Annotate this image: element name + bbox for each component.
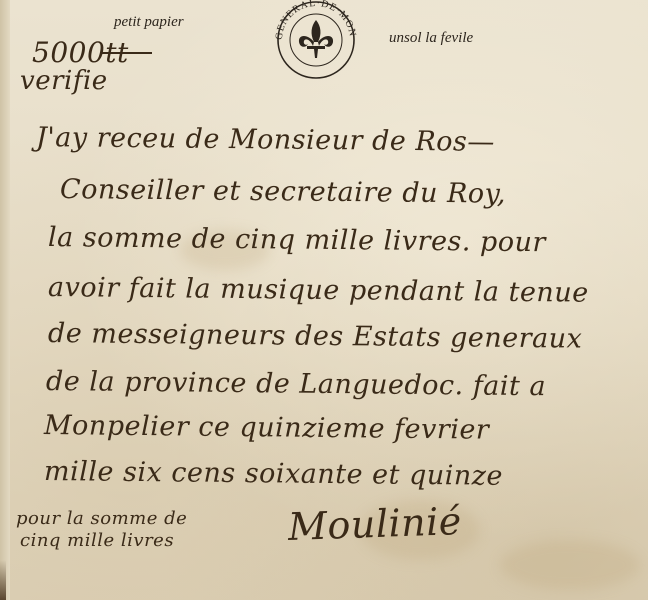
amount-underline (100, 52, 152, 54)
printed-label-left: petit papier (114, 14, 184, 31)
verification-note: verifie (20, 66, 108, 96)
page-edge-shadow (0, 560, 6, 600)
body-line: avoir fait la musique pendant la tenue (48, 272, 589, 309)
body-line: de la province de Languedoc. fait a (46, 366, 546, 402)
signature: Moulinié (287, 499, 462, 549)
margin-note-line: cinq mille livres (20, 530, 174, 551)
parchment-page: petit papier unsol la fevile GENERAL·DE·… (0, 0, 648, 600)
page-edge (0, 0, 10, 600)
body-line: de messeigneurs des Estats generaux (48, 318, 583, 355)
margin-note-line: pour la somme de (16, 508, 187, 529)
body-line: la somme de cinq mille livres. pour (48, 222, 546, 258)
body-line: Monpelier ce quinzieme fevrier (44, 410, 490, 446)
body-line: Conseiller et secretaire du Roy, (60, 174, 506, 210)
body-line: J'ay receu de Monsieur de Ros— (36, 122, 495, 158)
printed-label-right: unsol la fevile (389, 30, 473, 47)
paper-stain (500, 540, 640, 590)
fleur-de-lis-icon: GENERAL·DE·MONPELLIER· (268, 0, 364, 82)
body-line: mille six cens soixante et quinze (44, 456, 503, 492)
official-stamp: GENERAL·DE·MONPELLIER· (268, 0, 364, 82)
